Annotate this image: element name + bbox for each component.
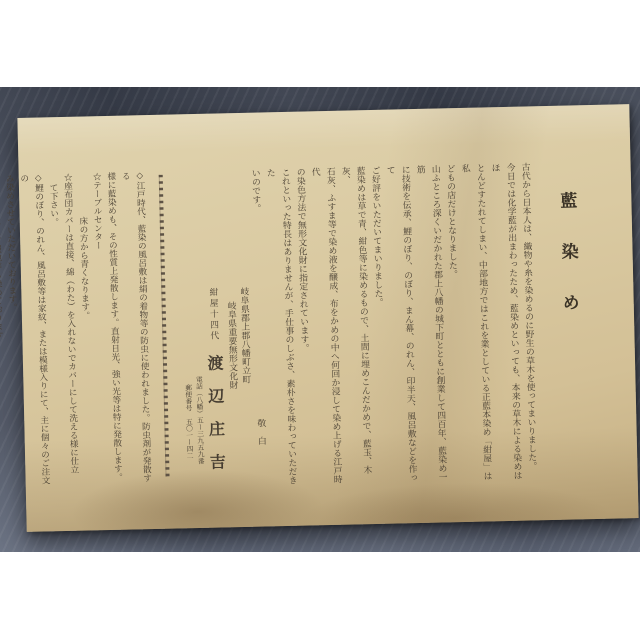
sender-name: 渡辺庄吉 xyxy=(204,354,228,486)
body-text: 古代から日本人は、織物や糸を染めるのに野生の草木を使ってまいりました。 今日では… xyxy=(247,162,539,486)
page-title: 藍染め xyxy=(554,161,586,479)
care-notes: ◇江戸時代、藍染の風呂敷は絹の着物等の防虫に使われました。防虫剤が発散する 様に… xyxy=(0,171,154,493)
document-paper: 藍染め 古代から日本人は、織物や糸を染めるのに野生の草木を使ってまいりました。 … xyxy=(17,104,638,532)
letter-sheet: 藍染め 古代から日本人は、織物や糸を染めるのに野生の草木を使ってまいりました。 … xyxy=(0,161,598,493)
chain-ornament-divider xyxy=(159,175,170,477)
body-line-text: いのです。 xyxy=(250,169,261,213)
generation-label: 紺屋十四代 xyxy=(207,288,218,342)
signature-block: 岐阜県郡上郡八幡町立町 岐阜県重要無形文化財 紺屋十四代 渡辺庄吉 電話（八幡）… xyxy=(177,169,254,489)
closing-salutation: 敬白 xyxy=(252,418,268,454)
photo-area: 藍染め 古代から日本人は、織物や糸を染めるのに野生の草木を使ってまいりました。 … xyxy=(0,87,640,552)
